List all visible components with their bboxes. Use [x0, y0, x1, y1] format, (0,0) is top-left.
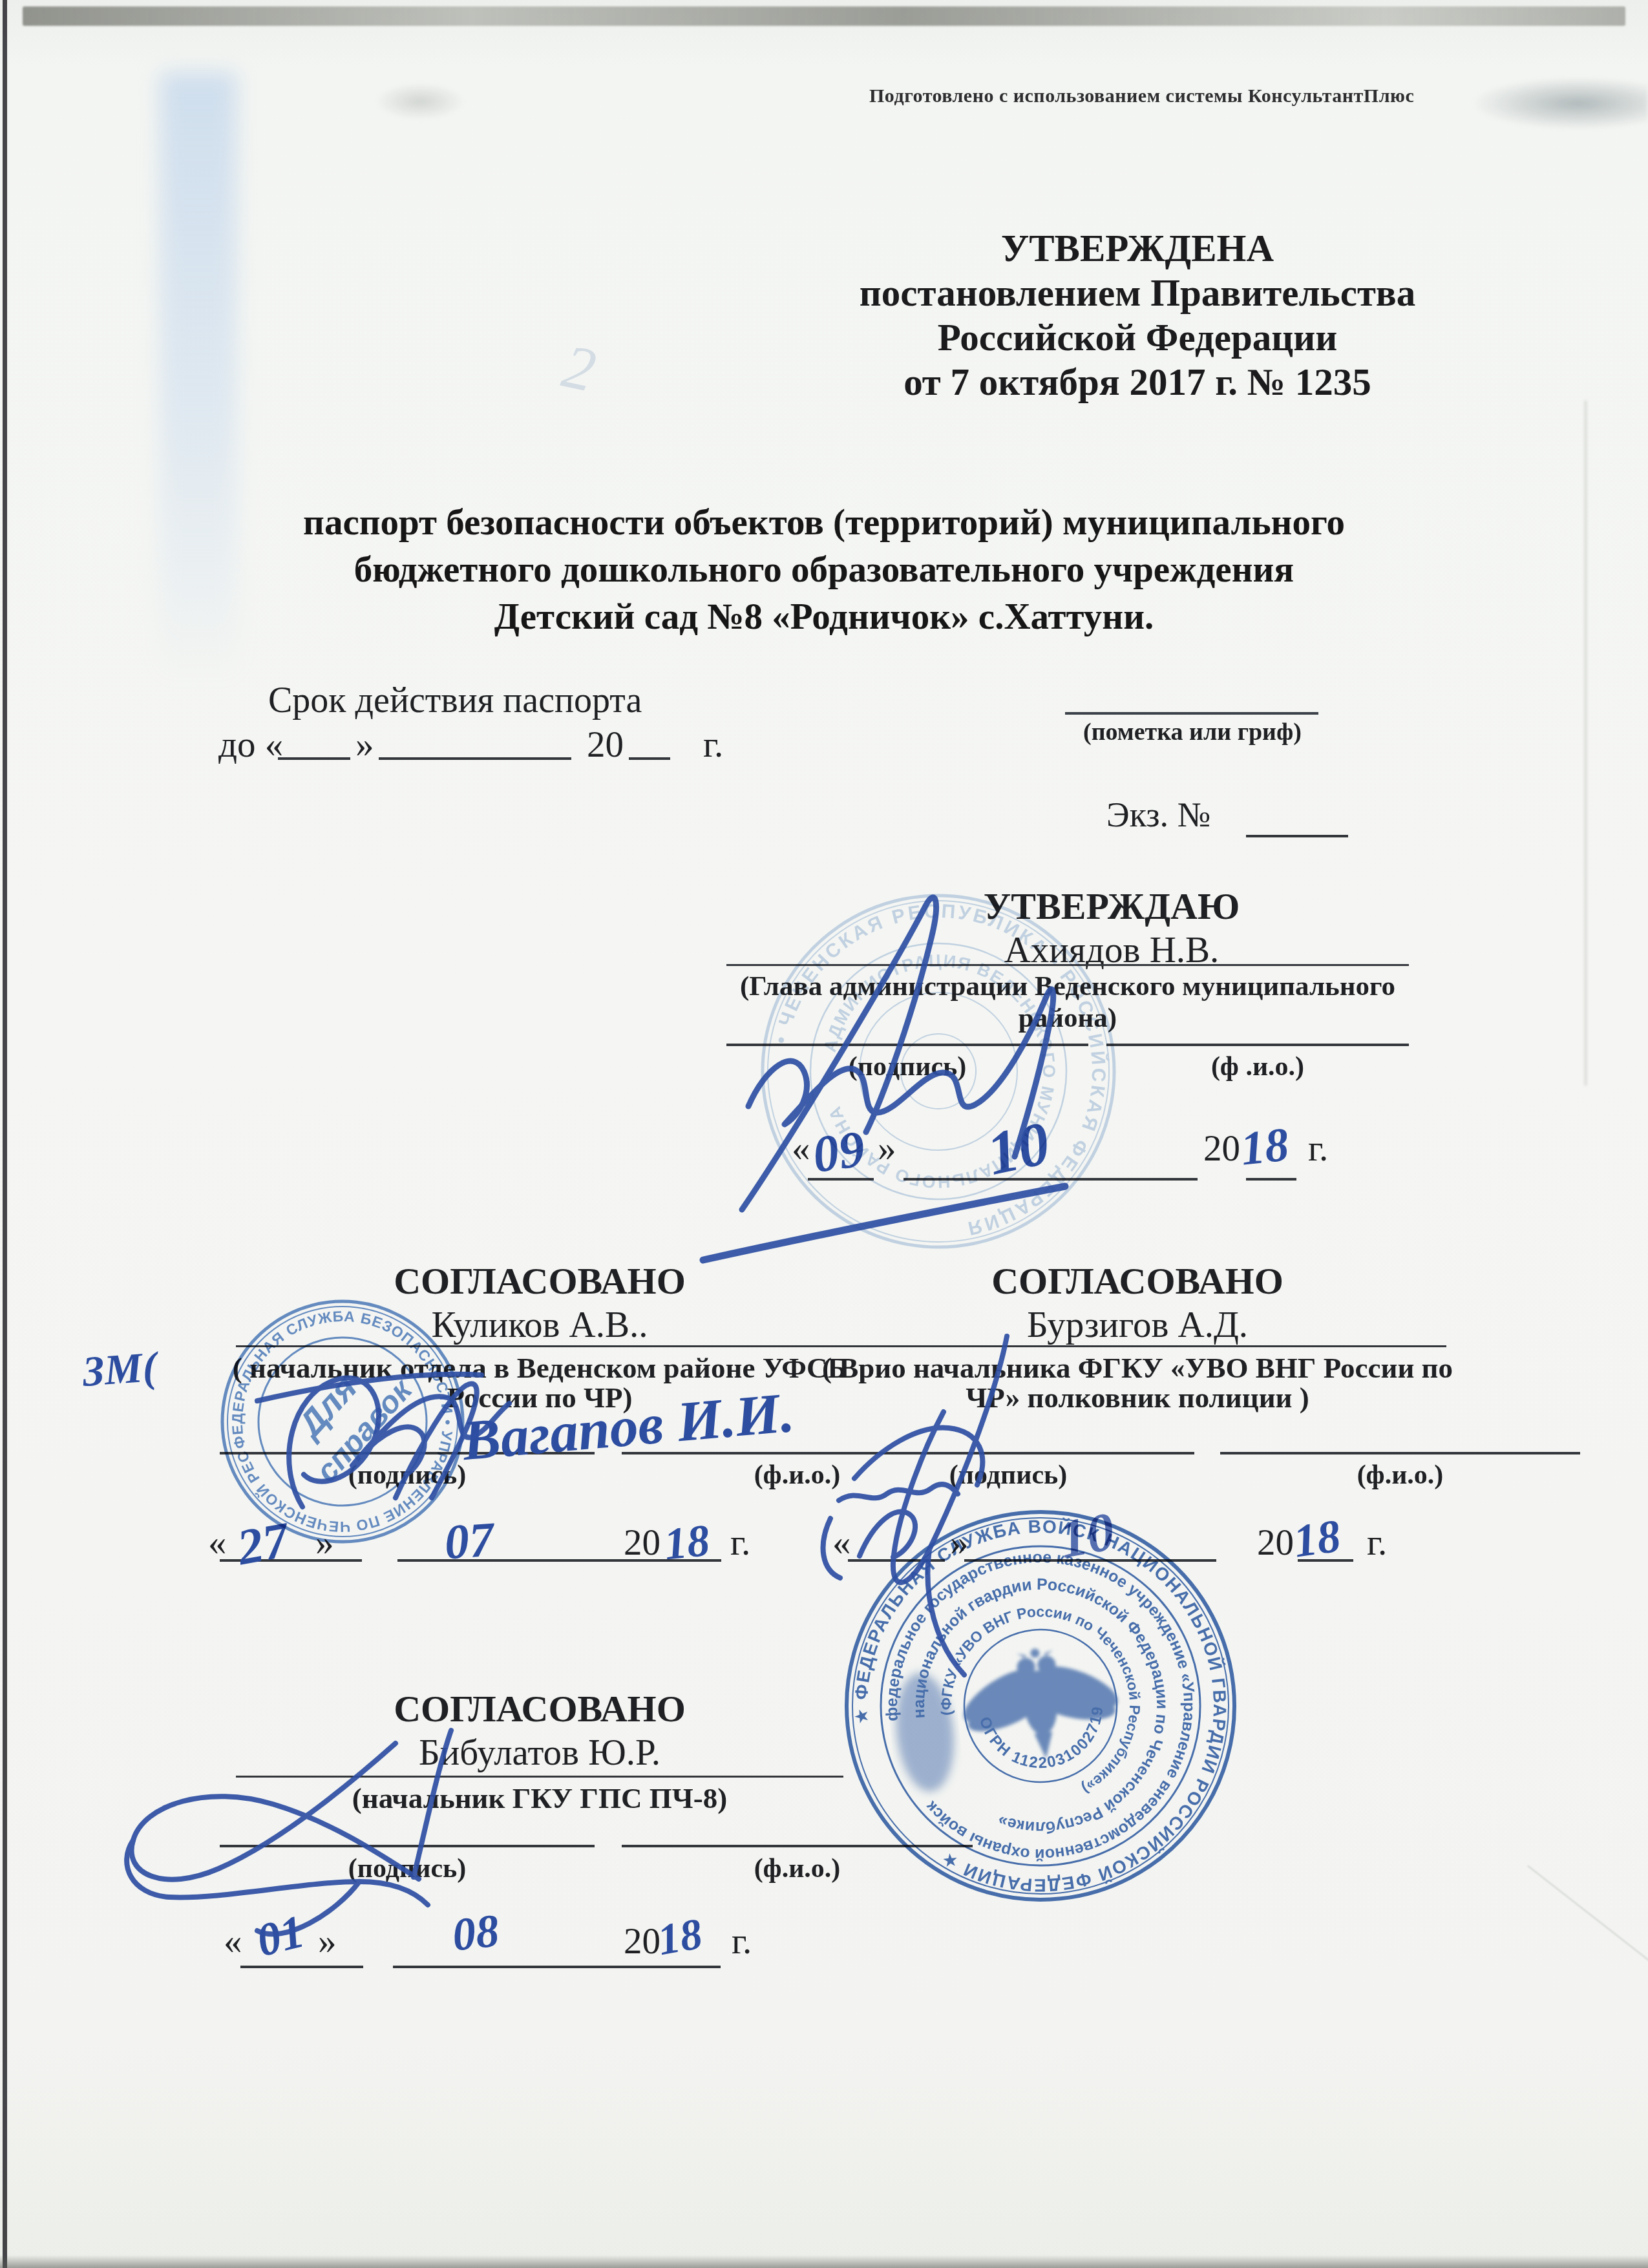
agreed-burzigov-date-year-handwritten: 18: [1291, 1509, 1344, 1568]
agreed-kulikov-date-year-prefix: 20: [624, 1522, 660, 1564]
agreed-burzigov-fio-label: (ф.и.о.): [1220, 1460, 1580, 1491]
approve-date-year-suffix: г.: [1308, 1128, 1328, 1170]
agreed-kulikov-date-year-suffix: г.: [730, 1522, 750, 1564]
agreed-kulikov-role-line1: ( начальник отдела в Веденском районе УФ…: [223, 1352, 856, 1385]
copy-number-blank: [1246, 835, 1348, 837]
agreed-burzigov-date-month-handwritten: 10: [1055, 1500, 1119, 1571]
vng-stamp-ink-smear: [891, 1670, 960, 1794]
approval-header-line: Российской Федерации: [766, 315, 1509, 360]
agreed-burzigov-signature-line: [822, 1452, 1194, 1454]
approve-date-day-handwritten: 09: [809, 1120, 869, 1185]
agreed-burzigov-sign-label: (подпись): [822, 1460, 1194, 1491]
approve-date-close-quote: »: [878, 1128, 896, 1170]
copy-number-label: Экз. №: [1106, 795, 1210, 835]
agreed-kulikov-name-line: [236, 1345, 843, 1347]
agreed-bibulatov-date-year-line: [662, 1966, 721, 1968]
burzigov-date-day-scribble: [860, 1512, 915, 1557]
agreed-bibulatov-name-line: [236, 1776, 843, 1778]
agreed-bibulatov-date-year-suffix: г.: [732, 1920, 752, 1963]
scan-left-edge-line: [3, 0, 7, 2268]
approve-name-line: [726, 964, 1409, 966]
validity-month-blank: [379, 757, 571, 760]
agreed-kulikov-margin-mark-handwritten: ЗМ(: [81, 1343, 158, 1397]
scanned-document-page: 2 Подготовлено с использованием системы …: [0, 0, 1648, 2268]
approval-header-block: УТВЕРЖДЕНА постановлением Правительства …: [766, 226, 1509, 404]
paper-crease-right: [1585, 401, 1587, 1086]
consultant-watermark: Подготовлено с использованием системы Ко…: [869, 85, 1414, 108]
agreed-bibulatov-signature-line: [220, 1845, 595, 1847]
validity-label: Срок действия паспорта: [268, 680, 642, 721]
vng-stamp-ogrn-text: ОГРН 1122031002719: [975, 1703, 1112, 1778]
agreed-kulikov-date-month-handwritten: 07: [443, 1511, 496, 1571]
document-title-line: бюджетного дошкольного образовательного …: [174, 546, 1474, 593]
approve-date-year-prefix: 20: [1203, 1128, 1240, 1170]
validity-day-blank: [278, 757, 350, 760]
svg-text:(ФГКУ «УВО ВНГ России по Чечен: (ФГКУ «УВО ВНГ России по Чеченской Респу…: [927, 1593, 1152, 1812]
agreed-bibulatov-role-line1: (начальник ГКУ ГПС ПЧ-8): [223, 1782, 856, 1816]
agreed-burzigov-date-year-prefix: 20: [1257, 1522, 1294, 1564]
vng-stamp-ring3-text: национальной гвардии Российской Федераци…: [897, 1562, 1184, 1849]
agreed-bibulatov-date-open-quote: «: [224, 1920, 242, 1963]
agreed-kulikov-date-close-quote: »: [315, 1522, 334, 1564]
vng-stamp-ring4-text: (ФГКУ «УВО ВНГ России по Чеченской Респу…: [927, 1593, 1152, 1812]
agreed-bibulatov-date-day-line: [240, 1966, 363, 1968]
agreed-bibulatov-date-month-handwritten: 08: [450, 1904, 502, 1962]
agreed-bibulatov-heading: СОГЛАСОВАНО: [346, 1688, 734, 1731]
document-title: паспорт безопасности объектов (территори…: [174, 499, 1474, 640]
approve-sign-label: (подпись): [726, 1051, 1088, 1082]
agreed-kulikov-date-year-handwritten: 18: [662, 1515, 712, 1571]
approve-fio-label: (ф .и.о.): [1106, 1051, 1409, 1082]
agreed-burzigov-name-line: [829, 1345, 1446, 1347]
validity-quote-close: »: [355, 724, 374, 766]
agreed-kulikov-heading: СОГЛАСОВАНО: [346, 1260, 734, 1303]
svg-text:федеральное государственное ка: федеральное государственное казенное учр…: [867, 1533, 1214, 1880]
agreed-bibulatov-date-close-quote: »: [318, 1920, 337, 1963]
svg-text:национальной гвардии Российско: национальной гвардии Российской Федераци…: [897, 1562, 1184, 1849]
validity-date-prefix: до «: [218, 724, 283, 766]
approve-signature-line: [726, 1044, 1088, 1046]
agreed-bibulatov-fio-label: (ф.и.о.): [622, 1853, 973, 1884]
approve-date-year-line: [1246, 1178, 1296, 1181]
bleedthrough-ghost-mark: 2: [556, 330, 602, 406]
agreed-bibulatov-fio-line: [622, 1845, 973, 1847]
agreed-burzigov-name: Бурзигов А.Д.: [944, 1304, 1331, 1347]
scan-top-edge-strip: [23, 6, 1625, 26]
scan-bottom-edge: [0, 2255, 1648, 2268]
mark-note-line: [1065, 712, 1318, 715]
document-title-line: паспорт безопасности объектов (территори…: [174, 499, 1474, 546]
mark-note-label: (пометка или гриф): [1066, 719, 1318, 747]
document-title-line: Детский сад №8 «Родничок» с.Хаттуни.: [174, 593, 1474, 640]
agreed-burzigov-fio-line: [1220, 1452, 1580, 1454]
approve-date-month-handwritten: 10: [981, 1107, 1056, 1189]
approve-fio-line: [1106, 1044, 1409, 1046]
validity-year-prefix: 20: [587, 724, 624, 766]
agreed-bibulatov-date-day-handwritten: 01: [251, 1905, 310, 1968]
agreed-bibulatov-date-month-line: [393, 1966, 671, 1968]
svg-text:ОГРН 1122031002719: ОГРН 1122031002719: [975, 1703, 1112, 1778]
validity-year-suffix: г.: [703, 724, 723, 766]
agreed-bibulatov-name: Бибулатов Ю.Р.: [346, 1732, 734, 1774]
agreed-burzigov-role-line1: ( Врио начальника ФГКУ «УВО ВНГ России п…: [816, 1352, 1459, 1385]
agreed-burzigov-heading: СОГЛАСОВАНО: [944, 1260, 1331, 1303]
agreed-burzigov-date-open-quote: «: [832, 1522, 851, 1564]
agreed-bibulatov-date-year-prefix: 20: [624, 1920, 660, 1963]
agreed-burzigov-date-year-suffix: г.: [1367, 1522, 1387, 1564]
approval-header-line: постановлением Правительства: [766, 271, 1509, 315]
agreed-bibulatov-date-year-handwritten: 18: [654, 1908, 706, 1966]
vng-stamp-ring2-text: федеральное государственное казенное учр…: [867, 1533, 1214, 1880]
agreed-bibulatov-sign-label: (подпись): [220, 1853, 595, 1884]
approval-header-line: от 7 октября 2017 г. № 1235: [766, 360, 1509, 404]
agreed-burzigov-role-line2: ЧР» полковник полиции ): [816, 1381, 1459, 1415]
approve-date-year-handwritten: 18: [1238, 1117, 1291, 1177]
scan-smudge-top-right: [1474, 78, 1648, 129]
vng-stamp-eagle-emblem: [951, 1640, 1130, 1767]
scan-smudge-top-mid: [375, 83, 465, 120]
agreed-kulikov-name: Куликов А.В..: [346, 1304, 734, 1347]
agreed-kulikov-date-open-quote: «: [208, 1522, 227, 1564]
approve-date-month-line: [903, 1178, 1198, 1181]
agreed-kulikov-date-day-handwritten: 27: [233, 1511, 293, 1577]
paper-crease-bottom-right: [1527, 1865, 1648, 1994]
agreed-burzigov-date-close-quote: »: [950, 1522, 969, 1564]
agreed-burzigov-date-day-line: [848, 1559, 945, 1562]
validity-year-blank: [629, 757, 670, 760]
approve-role: (Глава администрации Веденского муниципа…: [726, 971, 1409, 1034]
approve-heading: УТВЕРЖДАЮ: [918, 885, 1305, 929]
approve-date-open-quote: «: [792, 1128, 810, 1170]
approval-header-line: УТВЕРЖДЕНА: [766, 226, 1509, 271]
